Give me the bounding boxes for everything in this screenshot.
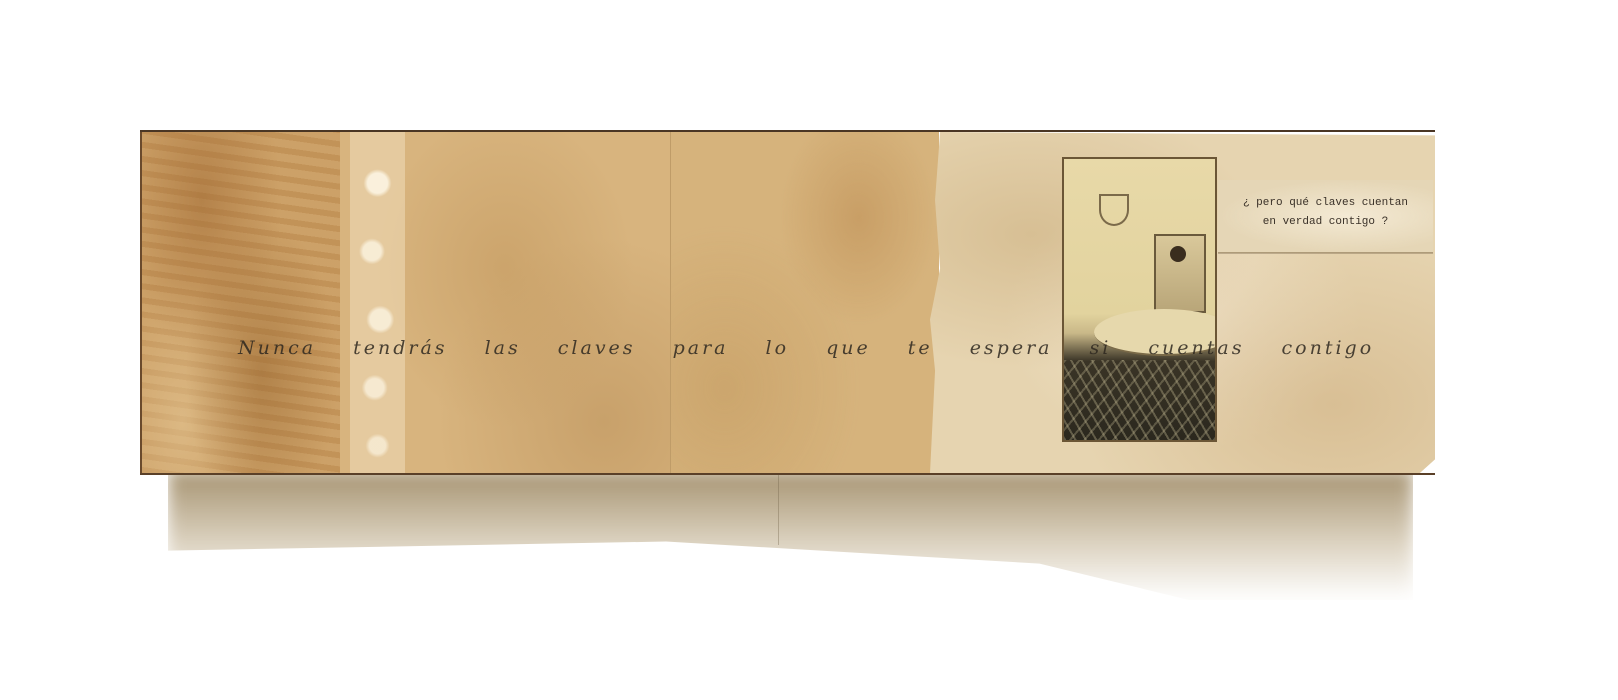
book-shadow <box>168 470 1413 600</box>
wall-seam <box>778 470 779 545</box>
handwritten-text: Nunca tendrás las claves para lo que te … <box>238 337 1374 359</box>
decorative-stripe <box>350 132 405 473</box>
plain-panel <box>670 132 939 473</box>
typed-label-text: ¿ pero qué claves cuentan en verdad cont… <box>1218 194 1433 232</box>
stained-panel <box>340 132 670 473</box>
portrait-figure <box>1170 246 1186 262</box>
hanging-plant <box>1099 194 1129 226</box>
cover-panel <box>140 132 342 473</box>
plant-leaves <box>1064 360 1215 440</box>
artist-book: ¿ pero qué claves cuentan en verdad cont… <box>140 130 1435 475</box>
typed-label: ¿ pero qué claves cuentan en verdad cont… <box>1218 180 1433 253</box>
framed-portrait <box>1154 234 1206 313</box>
vintage-photo <box>1062 157 1217 442</box>
